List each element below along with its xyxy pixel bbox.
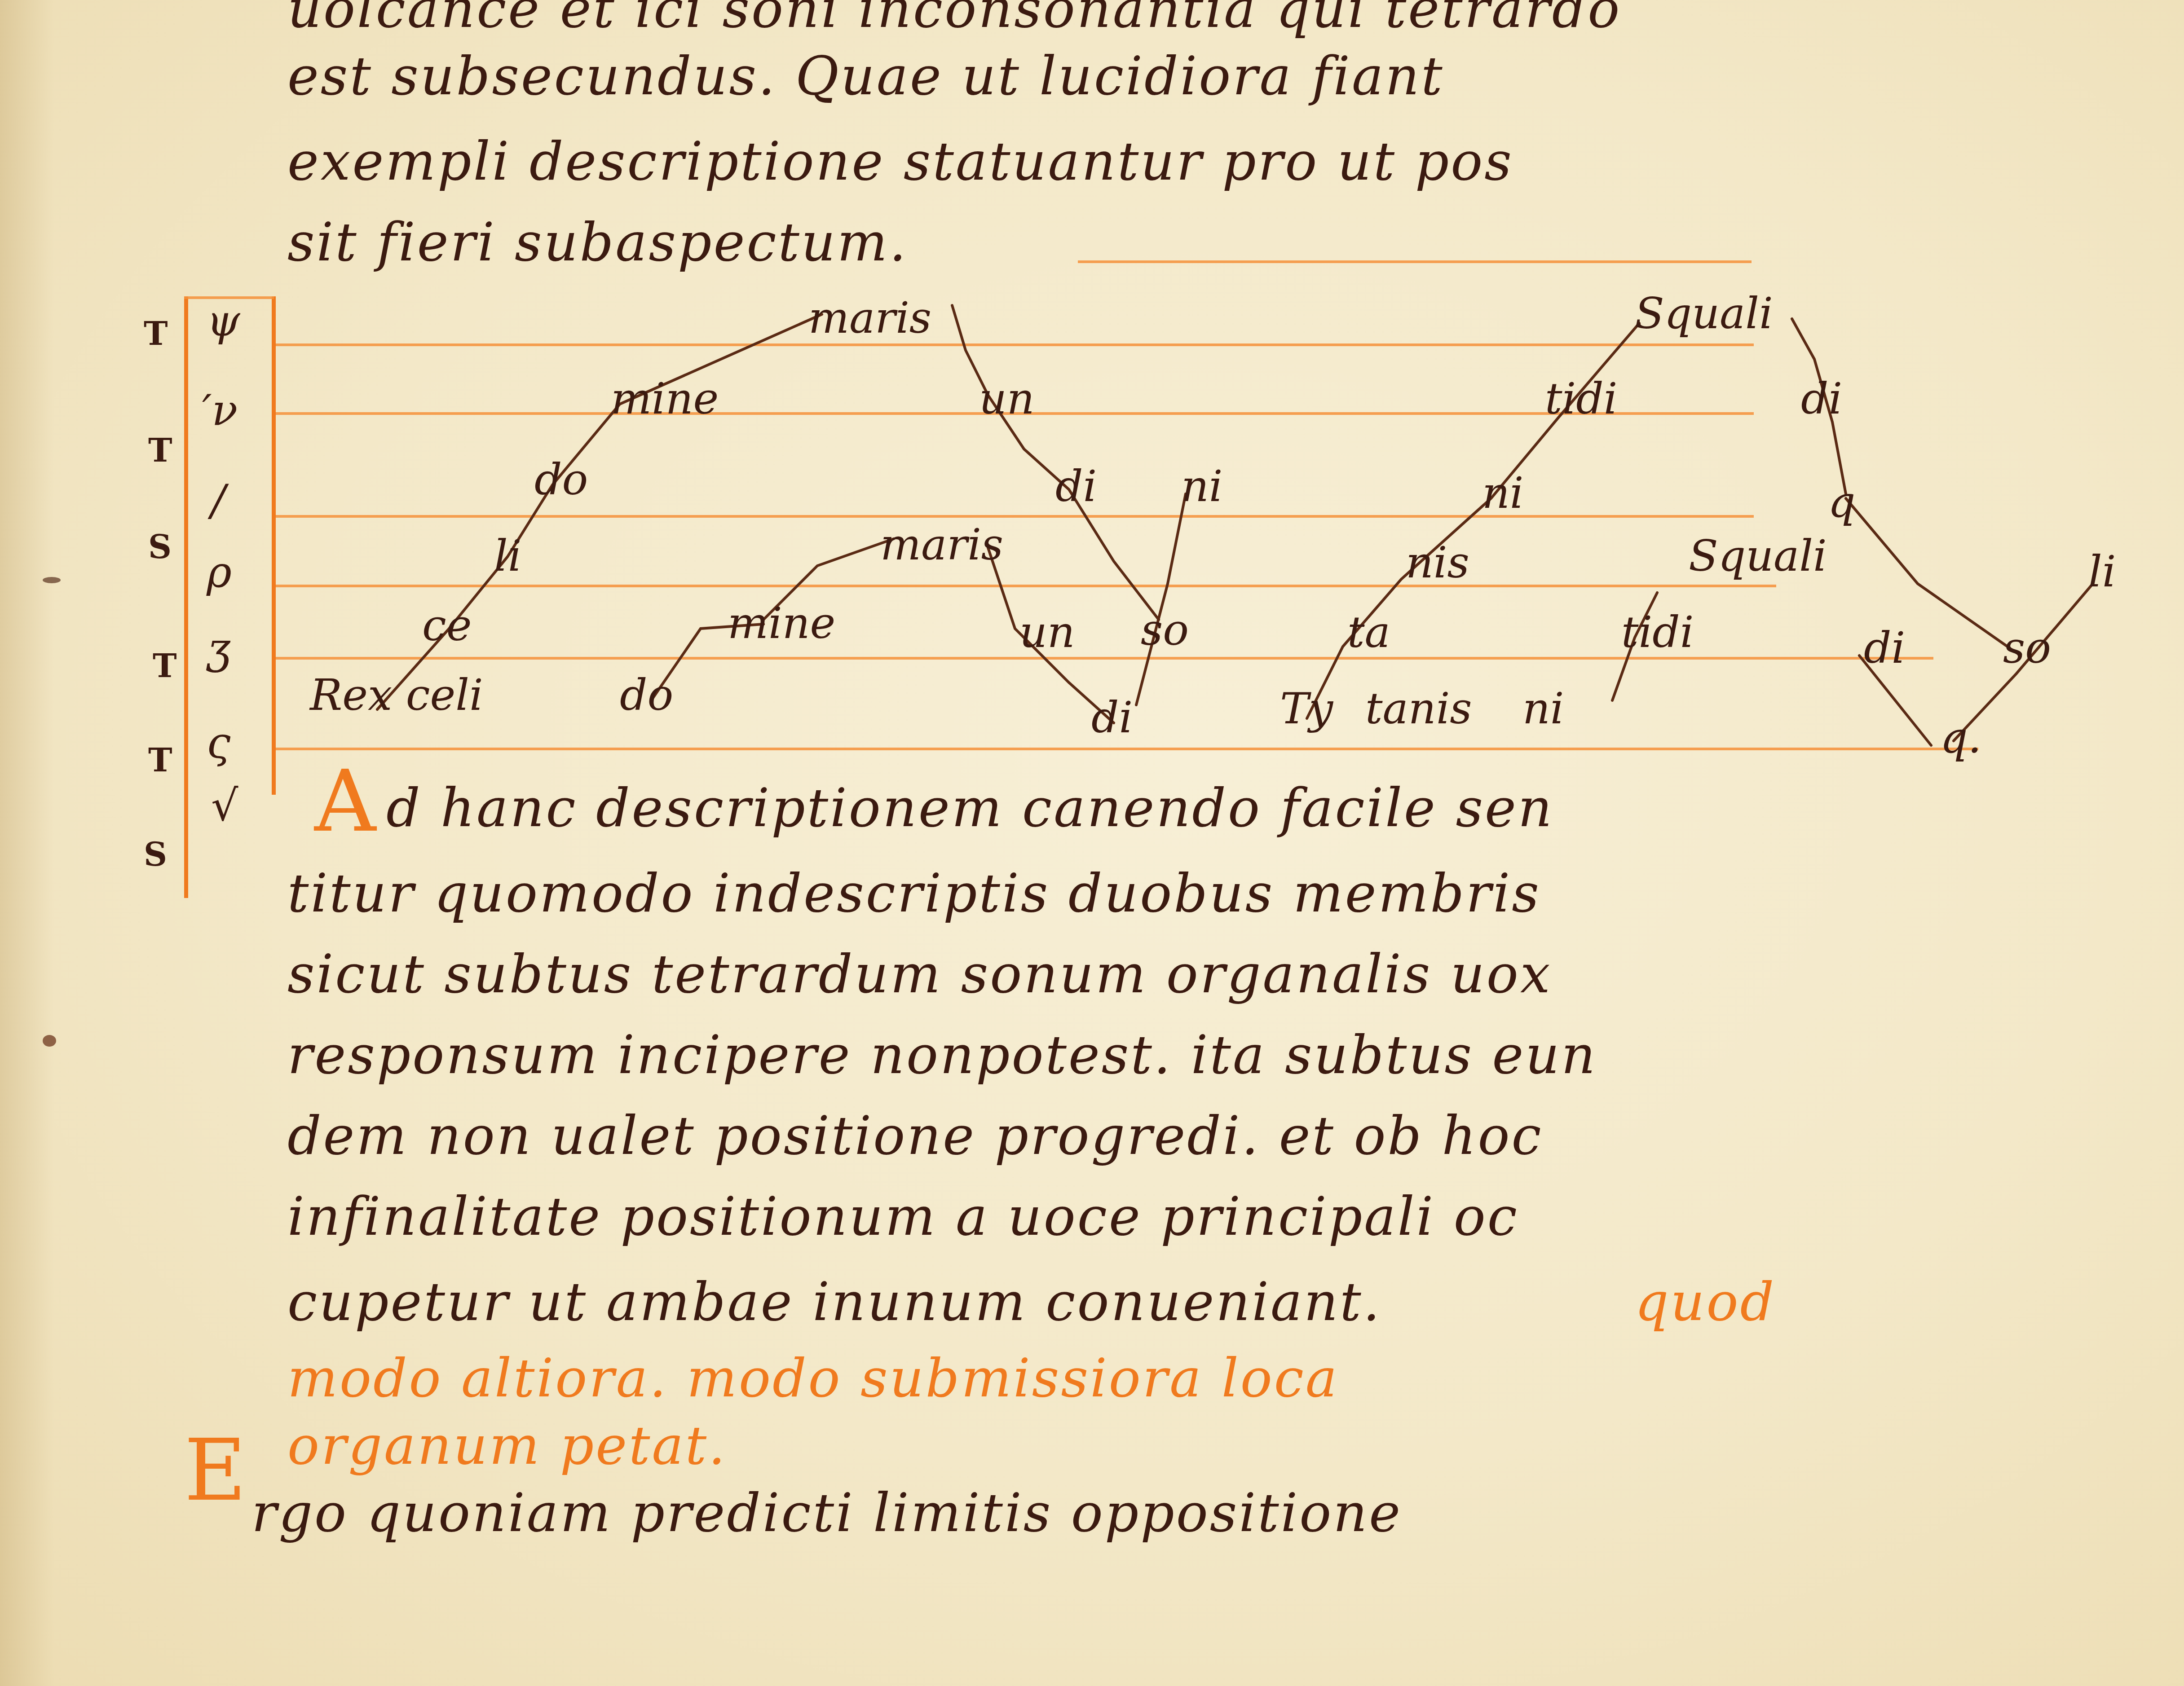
syllable: do: [534, 458, 588, 501]
initial-E: E: [184, 1428, 247, 1513]
syllable: tidi: [1545, 377, 1617, 420]
syllable: ni: [1482, 471, 1524, 515]
syllable: nis: [1406, 541, 1469, 584]
syllable: Squali: [1689, 534, 1827, 577]
syllable: ta: [1347, 611, 1390, 654]
body-line-7: cupetur ut ambae inunum conueniant.: [287, 1271, 1381, 1333]
body-line-last: rgo quoniam predicti limitis oppositione: [251, 1482, 1402, 1544]
syllable: li: [2088, 550, 2116, 593]
body-line-1: d hanc descriptionem canendo facile sen: [386, 777, 1554, 839]
syllable: tanis: [1365, 687, 1472, 730]
syllable: maris: [808, 296, 931, 339]
syllable: un: [979, 377, 1035, 420]
syllable: di: [1801, 377, 1842, 420]
syllable: q: [1828, 480, 1855, 524]
ink-stain: [43, 1035, 56, 1047]
syllable: li: [494, 534, 521, 577]
body-line-6: infinalitate positionum a uoce principal…: [287, 1185, 1519, 1247]
syllable: di: [1864, 626, 1905, 669]
syllable: di: [1091, 696, 1133, 739]
syllable: so: [2003, 626, 2051, 669]
body-line-5: dem non ualet positione progredi. et ob …: [287, 1105, 1543, 1167]
syllable: mine: [611, 377, 719, 420]
syllable: ce: [422, 604, 472, 647]
syllable: di: [1055, 465, 1097, 508]
syllable: ni: [1522, 687, 1564, 730]
syllable: tidi: [1621, 611, 1694, 654]
rubric-tail: quod: [1635, 1271, 1776, 1333]
syllable: q.: [1940, 716, 1981, 759]
body-line-4: responsum incipere nonpotest. ita subtus…: [287, 1024, 1597, 1086]
syllable: Rex celi: [310, 674, 483, 717]
syllable: mine: [728, 602, 835, 645]
rubric-line-2: organum petat.: [287, 1414, 727, 1476]
syllable: Squali: [1635, 292, 1773, 335]
syllable: Ty: [1280, 687, 1333, 730]
syllable: un: [1019, 611, 1075, 654]
ink-stain: [43, 577, 61, 583]
body-line-2: titur quomodo indescriptis duobus membri…: [287, 862, 1541, 924]
syllable: maris: [880, 523, 1003, 566]
syllable: ni: [1181, 465, 1223, 508]
initial-A: A: [314, 759, 376, 844]
syllable: so: [1141, 608, 1189, 652]
syllable: do: [620, 674, 673, 717]
rubric-line-1: modo altiora. modo submissiora loca: [287, 1347, 1339, 1409]
body-line-3: sicut subtus tetrardum sonum organalis u…: [287, 943, 1552, 1005]
